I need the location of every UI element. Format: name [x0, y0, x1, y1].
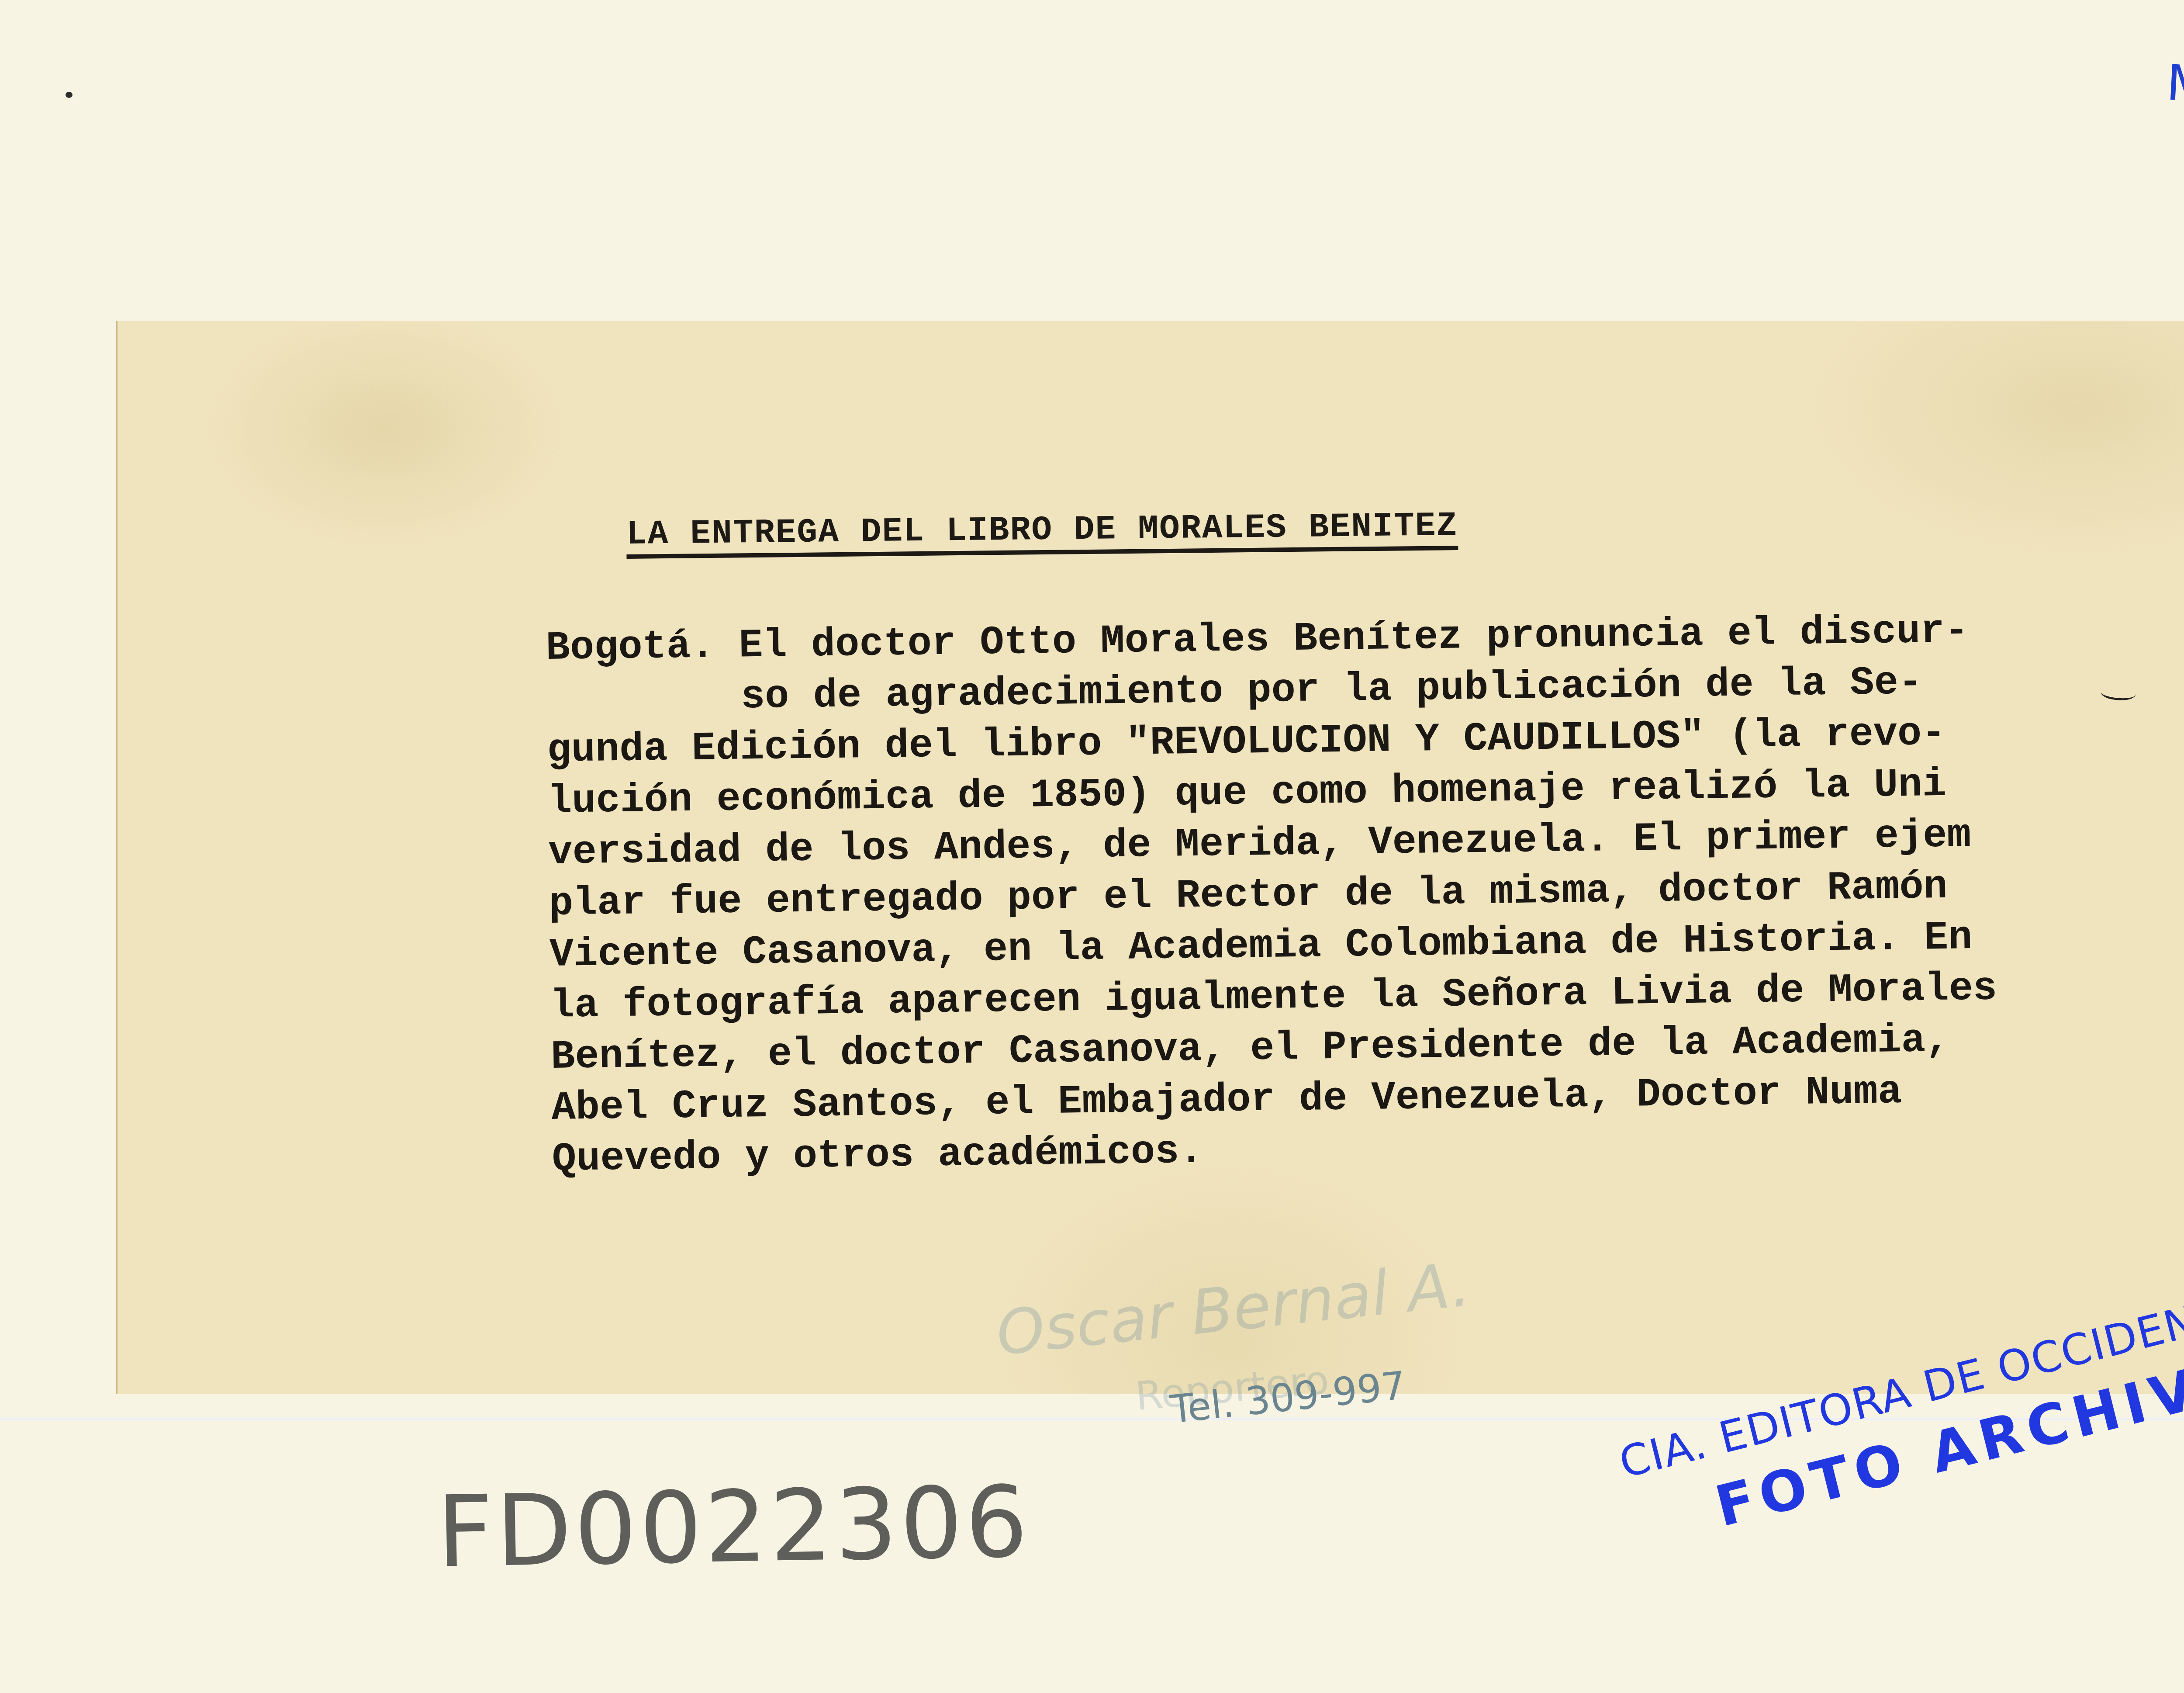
document-page: { "catalog_number": { "line1": "290.86",… — [0, 0, 2184, 1693]
caption-title: LA ENTREGA DEL LIBRO DE MORALES BENITEZ — [626, 507, 1458, 559]
caption-slip: LA ENTREGA DEL LIBRO DE MORALES BENITEZ … — [116, 321, 2184, 1394]
faint-photographer-stamp: Oscar Bernal A. — [993, 1249, 1473, 1370]
caption-title-text: LA ENTREGA DEL LIBRO DE MORALES BENITEZ — [626, 509, 1458, 559]
ink-spot — [66, 92, 73, 98]
catalog-number-line-2: M828 O — [2165, 55, 2184, 122]
pencil-archive-id: FD0022306 — [436, 1465, 1031, 1590]
handwritten-catalog-number: 290.86 M828 O — [2183, 0, 2184, 122]
caption-body: Bogotá. El doctor Otto Morales Benítez p… — [546, 605, 1999, 1185]
